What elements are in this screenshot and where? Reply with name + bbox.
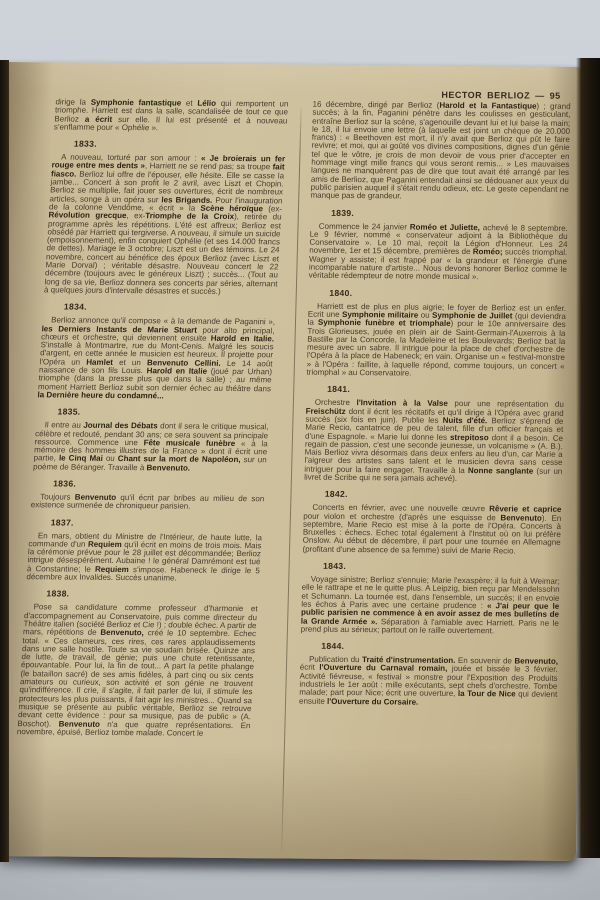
year-heading-1841: 1841.	[327, 384, 564, 396]
paragraph: Commence le 24 janvier Roméo et Juliette…	[309, 222, 568, 282]
work-title-emphasis: Révolution grecque	[48, 211, 126, 221]
book-spine-edge	[0, 60, 9, 862]
work-title-emphasis: a écrit	[85, 114, 113, 123]
paragraph: Concerts en février, avec une nouvelle œ…	[302, 504, 561, 556]
work-title-emphasis: Harold en Italie	[146, 366, 207, 376]
year-heading-1838: 1838.	[46, 589, 259, 601]
text-columns: dirige la Symphonie fantastique et Lélio…	[49, 98, 571, 852]
year-heading-1840: 1840.	[329, 287, 566, 299]
year-heading-1839: 1839.	[331, 207, 568, 219]
work-title-emphasis: Journal des Débats	[83, 421, 158, 431]
work-title-emphasis: Benvenuto	[75, 493, 117, 502]
paragraph: A nouveau, torturé par son amour : « Je …	[44, 154, 286, 297]
work-title-emphasis: Nonne sanglante	[468, 466, 534, 476]
photo-of-book-page: { "running_head": "HECTOR BERLIOZ — 95",…	[0, 0, 600, 900]
work-title-emphasis: Triomphe de la Croix	[145, 211, 234, 221]
work-title-emphasis: Nuits d'été.	[443, 416, 488, 425]
book-fore-edge	[576, 58, 600, 858]
work-title-emphasis: l'Invitation à la Valse	[357, 398, 448, 408]
left-column: dirige la Symphonie fantastique et Lélio…	[10, 98, 289, 850]
work-title-emphasis: Benvenuto.	[146, 463, 190, 472]
work-title-emphasis: Requiem	[88, 540, 122, 549]
work-title-emphasis: les Derniers Instants de Marie Stuart	[41, 324, 197, 334]
paragraph: Voyage sinistre; Berlioz s'ennuie; Marie…	[301, 576, 560, 636]
paragraph: Orchestre l'Invitation à la Valse pour u…	[304, 399, 564, 484]
paragraph: Pose sa candidature comme professeur d'h…	[17, 604, 258, 739]
work-title-emphasis: Benvenuto	[500, 513, 542, 522]
work-title-emphasis: Harold et la Fantastique	[439, 101, 536, 111]
work-title-emphasis: Harold en Italie.	[210, 334, 274, 344]
work-title-emphasis: le Cinq Mai	[59, 454, 103, 463]
paragraph: Publication du Traité d'instrumentation.…	[299, 656, 558, 708]
paragraph: Harriett est de plus en plus aigrie; le …	[306, 302, 566, 379]
paragraph: dirige la Symphonie fantastique et Lélio…	[54, 98, 289, 133]
year-heading-1833: 1833.	[74, 139, 287, 151]
year-heading-1842: 1842.	[325, 489, 562, 501]
work-title-emphasis: Benvenuto,	[100, 628, 144, 637]
work-title-emphasis: Lélio	[197, 99, 216, 108]
running-head: HECTOR BERLIOZ — 95	[441, 90, 560, 101]
work-title-emphasis: Benvenuto	[58, 719, 100, 728]
paragraph: Berlioz annonce qu'il compose « à la dem…	[37, 317, 275, 402]
year-heading-1834: 1834.	[64, 302, 277, 314]
right-column: 16 décembre, dirigé par Berlioz (Harold …	[296, 101, 571, 853]
work-title-emphasis: Hamlet	[86, 357, 113, 366]
work-title-emphasis: Symphonie funèbre et triomphale	[318, 318, 451, 328]
year-heading-1843: 1843.	[323, 561, 560, 573]
paragraph: En mars, obtient du Ministre de l'Intéri…	[26, 532, 262, 584]
work-title-emphasis: Symphonie fantastique	[90, 98, 181, 108]
work-title-emphasis: Roméo;	[473, 248, 503, 257]
work-title-emphasis: l'Ouverture du Corsaire.	[327, 696, 418, 706]
year-heading-1836: 1836.	[53, 478, 266, 490]
year-heading-1837: 1837.	[50, 517, 263, 529]
paragraph: Il entre au Journal des Débats dont il s…	[33, 421, 269, 473]
paragraph: Toujours Benvenuto qu'il écrit par bribe…	[31, 493, 265, 512]
work-title-emphasis: la Tour de Nice	[458, 689, 516, 699]
work-title-emphasis: Freischütz	[306, 406, 346, 415]
paragraph: 16 décembre, dirigé par Berlioz (Harold …	[310, 101, 570, 203]
work-title-emphasis: Requiem	[95, 565, 129, 574]
work-title-emphasis: la Dernière heure du condamné...	[37, 390, 164, 400]
work-title-emphasis: Benvenuto,	[514, 657, 558, 666]
year-heading-1835: 1835.	[57, 407, 270, 419]
work-title-emphasis: « J'ai peur que le public parisien ne co…	[301, 601, 560, 626]
year-heading-1844: 1844.	[321, 641, 558, 653]
work-title-emphasis: strepitoso	[450, 432, 489, 441]
book-page: HECTOR BERLIOZ — 95 dirige la Symphonie …	[0, 62, 583, 861]
work-title-emphasis: Roméo et Juliette,	[410, 222, 480, 232]
work-title-emphasis: « Je broierais un fer rouge entre mes de…	[51, 154, 285, 171]
work-title-emphasis: Fête musicale funèbre	[143, 438, 235, 448]
work-title-emphasis: l'Ouverture du Carnaval romain,	[319, 663, 447, 673]
